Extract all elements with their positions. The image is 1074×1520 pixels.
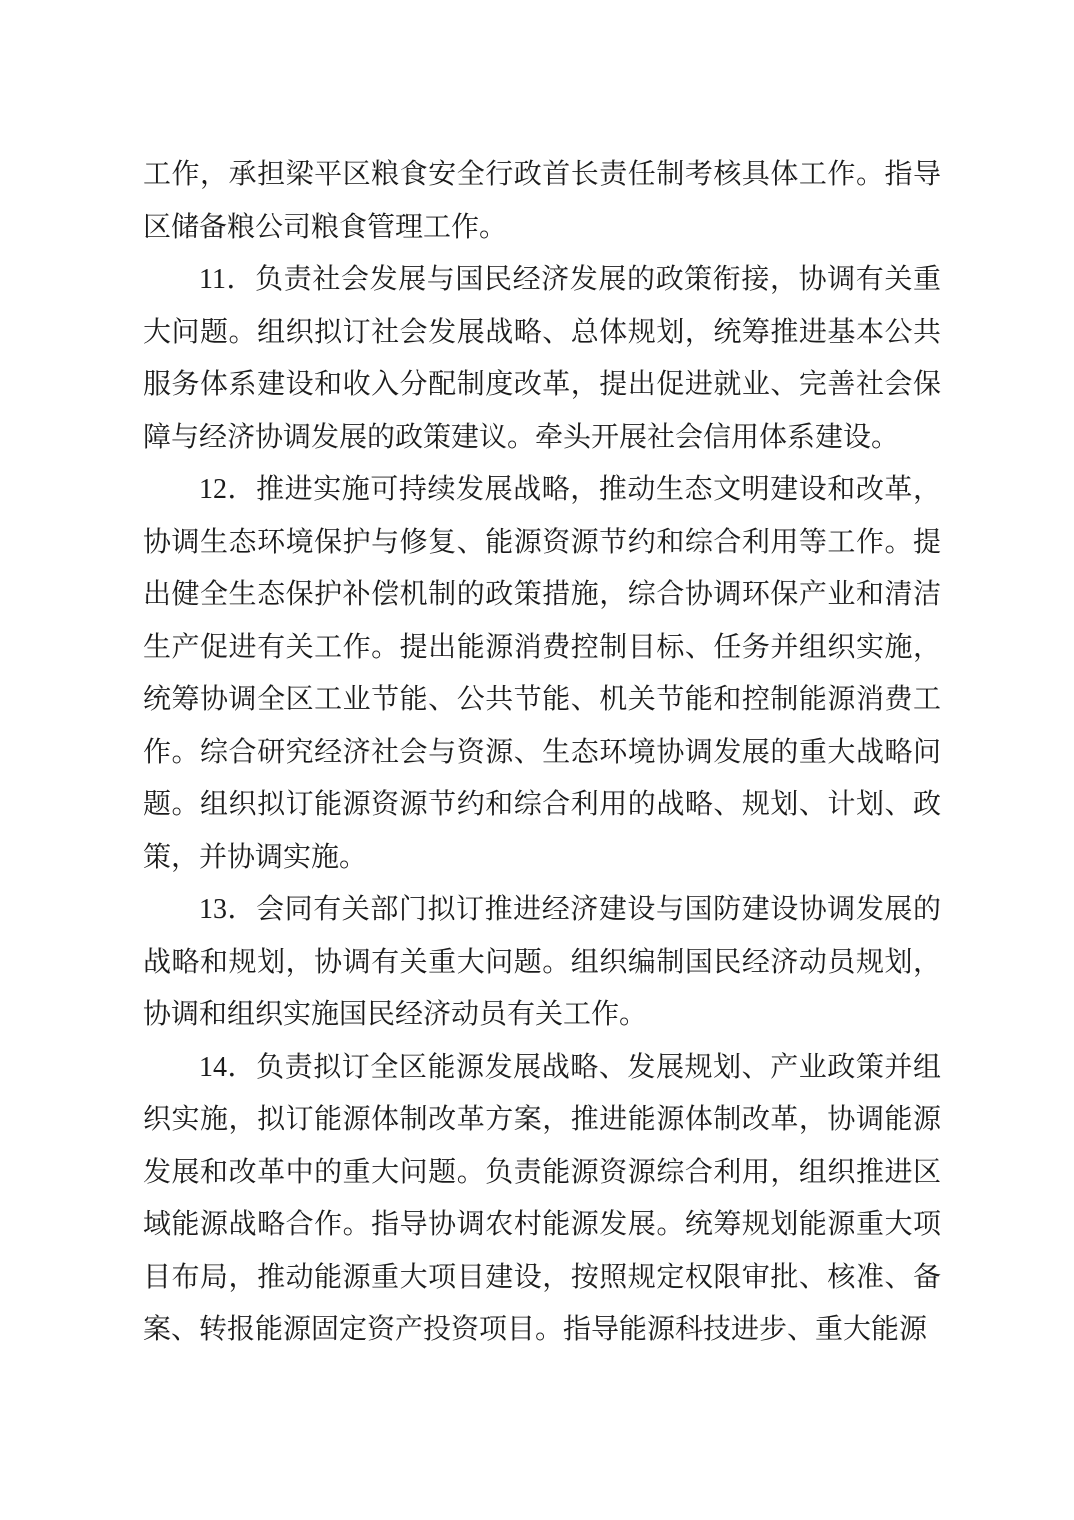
document-body: 工作，承担梁平区粮食安全行政首长责任制考核具体工作。指导区储备粮公司粮食管理工作… [143,149,941,1357]
paragraph-item-11: 11．负责社会发展与国民经济发展的政策衔接，协调有关重大问题。组织拟订社会发展战… [143,254,941,464]
paragraph-item-13: 13．会同有关部门拟订推进经济建设与国防建设协调发展的战略和规划，协调有关重大问… [143,884,941,1042]
paragraph-item-12: 12．推进实施可持续发展战略，推动生态文明建设和改革，协调生态环境保护与修复、能… [143,464,941,884]
paragraph-item-14: 14．负责拟订全区能源发展战略、发展规划、产业政策并组织实施，拟订能源体制改革方… [143,1042,941,1357]
paragraph-continuation: 工作，承担梁平区粮食安全行政首长责任制考核具体工作。指导区储备粮公司粮食管理工作… [143,149,941,254]
document-page: 工作，承担梁平区粮食安全行政首长责任制考核具体工作。指导区储备粮公司粮食管理工作… [0,0,1074,1520]
